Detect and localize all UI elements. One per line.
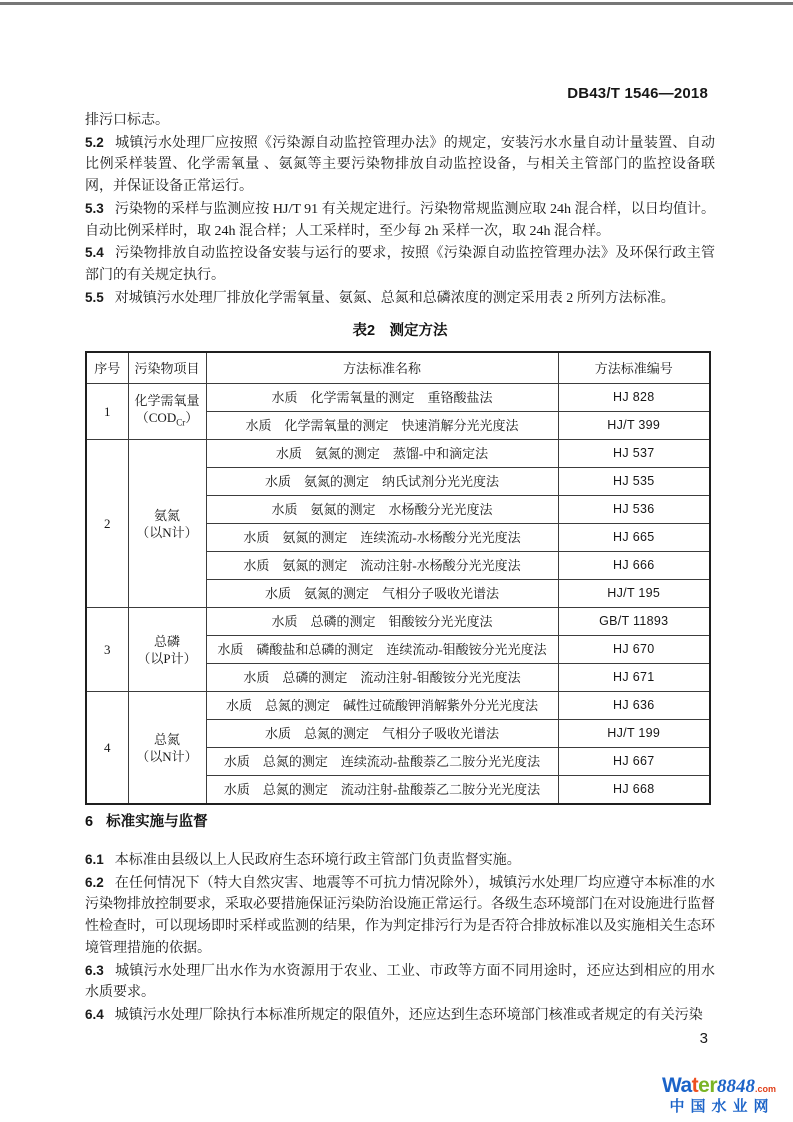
paragraph-intro: 排污口标志。 — [85, 110, 715, 132]
column-header-method-name: 方法标准名称 — [206, 352, 558, 384]
pollutant-name: 氨氮 — [154, 508, 180, 523]
watermark-wordmark: Water8848.com — [649, 1075, 789, 1096]
column-header-no: 序号 — [86, 352, 128, 384]
column-header-pollutant: 污染物项目 — [128, 352, 206, 384]
group-no-cell: 3 — [86, 608, 128, 692]
clause-text: 城镇污水处理厂应按照《污染源自动监控管理办法》的规定，安装污水水量自动计量装置、… — [85, 136, 715, 194]
method-code-cell: HJ 536 — [558, 496, 710, 524]
clause-text: 城镇污水处理厂出水作为水资源用于农业、工业、市政等方面不同用途时，还应达到相应的… — [85, 964, 715, 1001]
method-code-cell: HJ/T 199 — [558, 720, 710, 748]
clause-6-3: 6.3城镇污水处理厂出水作为水资源用于农业、工业、市政等方面不同用途时，还应达到… — [85, 960, 715, 1004]
group-no-cell: 1 — [86, 384, 128, 440]
table-row: 2 氨氮 （以N计） 水质 氨氮的测定 蒸馏-中和滴定法 HJ 537 — [86, 440, 710, 468]
pollutant-name: 化学需氧量 — [134, 393, 199, 408]
page-number: 3 — [85, 1030, 708, 1047]
method-code-cell: HJ 636 — [558, 692, 710, 720]
method-name-cell: 水质 磷酸盐和总磷的测定 连续流动-钼酸铵分光光度法 — [206, 636, 558, 664]
watermark-chinese-name: 中国水业网 — [655, 1099, 789, 1114]
group-no-cell: 2 — [86, 440, 128, 608]
method-name-cell: 水质 总磷的测定 钼酸铵分光光度法 — [206, 608, 558, 636]
section-number: 6 — [85, 814, 93, 830]
clause-number: 6.2 — [85, 875, 104, 890]
clause-5-5: 5.5对城镇污水处理厂排放化学需氧量、氨氮、总氮和总磷浓度的测定采用表 2 所列… — [85, 287, 715, 310]
group-pollutant-cell: 化学需氧量 （CODCr） — [128, 384, 206, 440]
section-6-text: 6.1本标准由县级以上人民政府生态环境行政主管部门负责监督实施。 6.2在任何情… — [85, 849, 715, 1027]
section-6-heading: 6标准实施与监督 — [85, 810, 208, 831]
pollutant-note: （以N计） — [136, 749, 197, 764]
clause-text: 城镇污水处理厂除执行本标准所规定的限值外，还应达到生态环境部门核准或者规定的有关… — [115, 1008, 703, 1023]
table-row: 4 总氮 （以N计） 水质 总氮的测定 碱性过硫酸钾消解紫外分光光度法 HJ 6… — [86, 692, 710, 720]
method-name-cell: 水质 氨氮的测定 蒸馏-中和滴定法 — [206, 440, 558, 468]
standard-code-header: DB43/T 1546—2018 — [567, 85, 708, 102]
clause-number: 5.3 — [85, 201, 104, 216]
clause-number: 6.3 — [85, 963, 104, 978]
clause-text: 污染物排放自动监控设备安装与运行的要求，按照《污染源自动监控管理办法》及环保行政… — [85, 246, 715, 283]
column-header-method-code: 方法标准编号 — [558, 352, 710, 384]
method-name-cell: 水质 化学需氧量的测定 快速消解分光光度法 — [206, 412, 558, 440]
clause-number: 5.2 — [85, 135, 104, 150]
method-name-cell: 水质 总磷的测定 流动注射-钼酸铵分光光度法 — [206, 664, 558, 692]
scan-edge-line — [0, 2, 793, 5]
method-code-cell: HJ 666 — [558, 552, 710, 580]
clause-number: 6.1 — [85, 852, 104, 867]
method-code-cell: HJ/T 399 — [558, 412, 710, 440]
group-pollutant-cell: 氨氮 （以N计） — [128, 440, 206, 608]
clause-6-2: 6.2在任何情况下（特大自然灾害、地震等不可抗力情况除外），城镇污水处理厂均应遵… — [85, 872, 715, 960]
method-code-cell: HJ 670 — [558, 636, 710, 664]
method-name-cell: 水质 总氮的测定 流动注射-盐酸萘乙二胺分光光度法 — [206, 776, 558, 805]
method-name-cell: 水质 氨氮的测定 流动注射-水杨酸分光光度法 — [206, 552, 558, 580]
clause-6-1: 6.1本标准由县级以上人民政府生态环境行政主管部门负责监督实施。 — [85, 849, 715, 872]
method-code-cell: HJ 671 — [558, 664, 710, 692]
method-code-cell: HJ/T 195 — [558, 580, 710, 608]
table-header-row: 序号 污染物项目 方法标准名称 方法标准编号 — [86, 352, 710, 384]
clause-text: 在任何情况下（特大自然灾害、地震等不可抗力情况除外），城镇污水处理厂均应遵守本标… — [85, 876, 715, 956]
clause-5-3: 5.3污染物的采样与监测应按 HJ/T 91 有关规定进行。污染物常规监测应取 … — [85, 198, 715, 242]
method-code-cell: HJ 828 — [558, 384, 710, 412]
clause-number: 5.5 — [85, 290, 104, 305]
method-name-cell: 水质 总氮的测定 连续流动-盐酸萘乙二胺分光光度法 — [206, 748, 558, 776]
section-5-text: 排污口标志。 5.2城镇污水处理厂应按照《污染源自动监控管理办法》的规定，安装污… — [85, 110, 715, 309]
method-name-cell: 水质 氨氮的测定 连续流动-水杨酸分光光度法 — [206, 524, 558, 552]
section-title: 标准实施与监督 — [106, 814, 208, 830]
pollutant-name: 总氮 — [154, 732, 180, 747]
document-page: DB43/T 1546—2018 排污口标志。 5.2城镇污水处理厂应按照《污染… — [0, 0, 793, 1122]
measurement-methods-table: 序号 污染物项目 方法标准名称 方法标准编号 1 化学需氧量 （CODCr） 水… — [85, 351, 711, 805]
pollutant-note: （以N计） — [136, 525, 197, 540]
method-code-cell: HJ 668 — [558, 776, 710, 805]
group-pollutant-cell: 总磷 （以P计） — [128, 608, 206, 692]
method-name-cell: 水质 氨氮的测定 气相分子吸收光谱法 — [206, 580, 558, 608]
clause-number: 5.4 — [85, 245, 104, 260]
pollutant-note: （以P计） — [137, 651, 196, 666]
clause-6-4: 6.4城镇污水处理厂除执行本标准所规定的限值外，还应达到生态环境部门核准或者规定… — [85, 1004, 715, 1027]
method-name-cell: 水质 总氮的测定 碱性过硫酸钾消解紫外分光光度法 — [206, 692, 558, 720]
table-row: 3 总磷 （以P计） 水质 总磷的测定 钼酸铵分光光度法 GB/T 11893 — [86, 608, 710, 636]
method-code-cell: HJ 665 — [558, 524, 710, 552]
clause-text: 对城镇污水处理厂排放化学需氧量、氨氮、总氮和总磷浓度的测定采用表 2 所列方法标… — [115, 291, 675, 306]
group-no-cell: 4 — [86, 692, 128, 805]
method-code-cell: HJ 537 — [558, 440, 710, 468]
clause-number: 6.4 — [85, 1007, 104, 1022]
method-code-cell: GB/T 11893 — [558, 608, 710, 636]
method-code-cell: HJ 535 — [558, 468, 710, 496]
clause-text: 本标准由县级以上人民政府生态环境行政主管部门负责监督实施。 — [115, 853, 521, 868]
group-pollutant-cell: 总氮 （以N计） — [128, 692, 206, 805]
pollutant-name: 总磷 — [154, 634, 180, 649]
pollutant-note: （CODCr） — [136, 410, 198, 425]
method-name-cell: 水质 氨氮的测定 水杨酸分光光度法 — [206, 496, 558, 524]
method-code-cell: HJ 667 — [558, 748, 710, 776]
table-2-title: 表2 测定方法 — [85, 319, 715, 340]
clause-5-4: 5.4污染物排放自动监控设备安装与运行的要求，按照《污染源自动监控管理办法》及环… — [85, 242, 715, 286]
clause-5-2: 5.2城镇污水处理厂应按照《污染源自动监控管理办法》的规定，安装污水水量自动计量… — [85, 132, 715, 198]
water8848-watermark-logo: Water8848.com 中国水业网 — [649, 1075, 789, 1114]
clause-text: 污染物的采样与监测应按 HJ/T 91 有关规定进行。污染物常规监测应取 24h… — [85, 202, 715, 239]
method-name-cell: 水质 化学需氧量的测定 重铬酸盐法 — [206, 384, 558, 412]
method-name-cell: 水质 氨氮的测定 纳氏试剂分光光度法 — [206, 468, 558, 496]
method-name-cell: 水质 总氮的测定 气相分子吸收光谱法 — [206, 720, 558, 748]
table-row: 1 化学需氧量 （CODCr） 水质 化学需氧量的测定 重铬酸盐法 HJ 828 — [86, 384, 710, 412]
